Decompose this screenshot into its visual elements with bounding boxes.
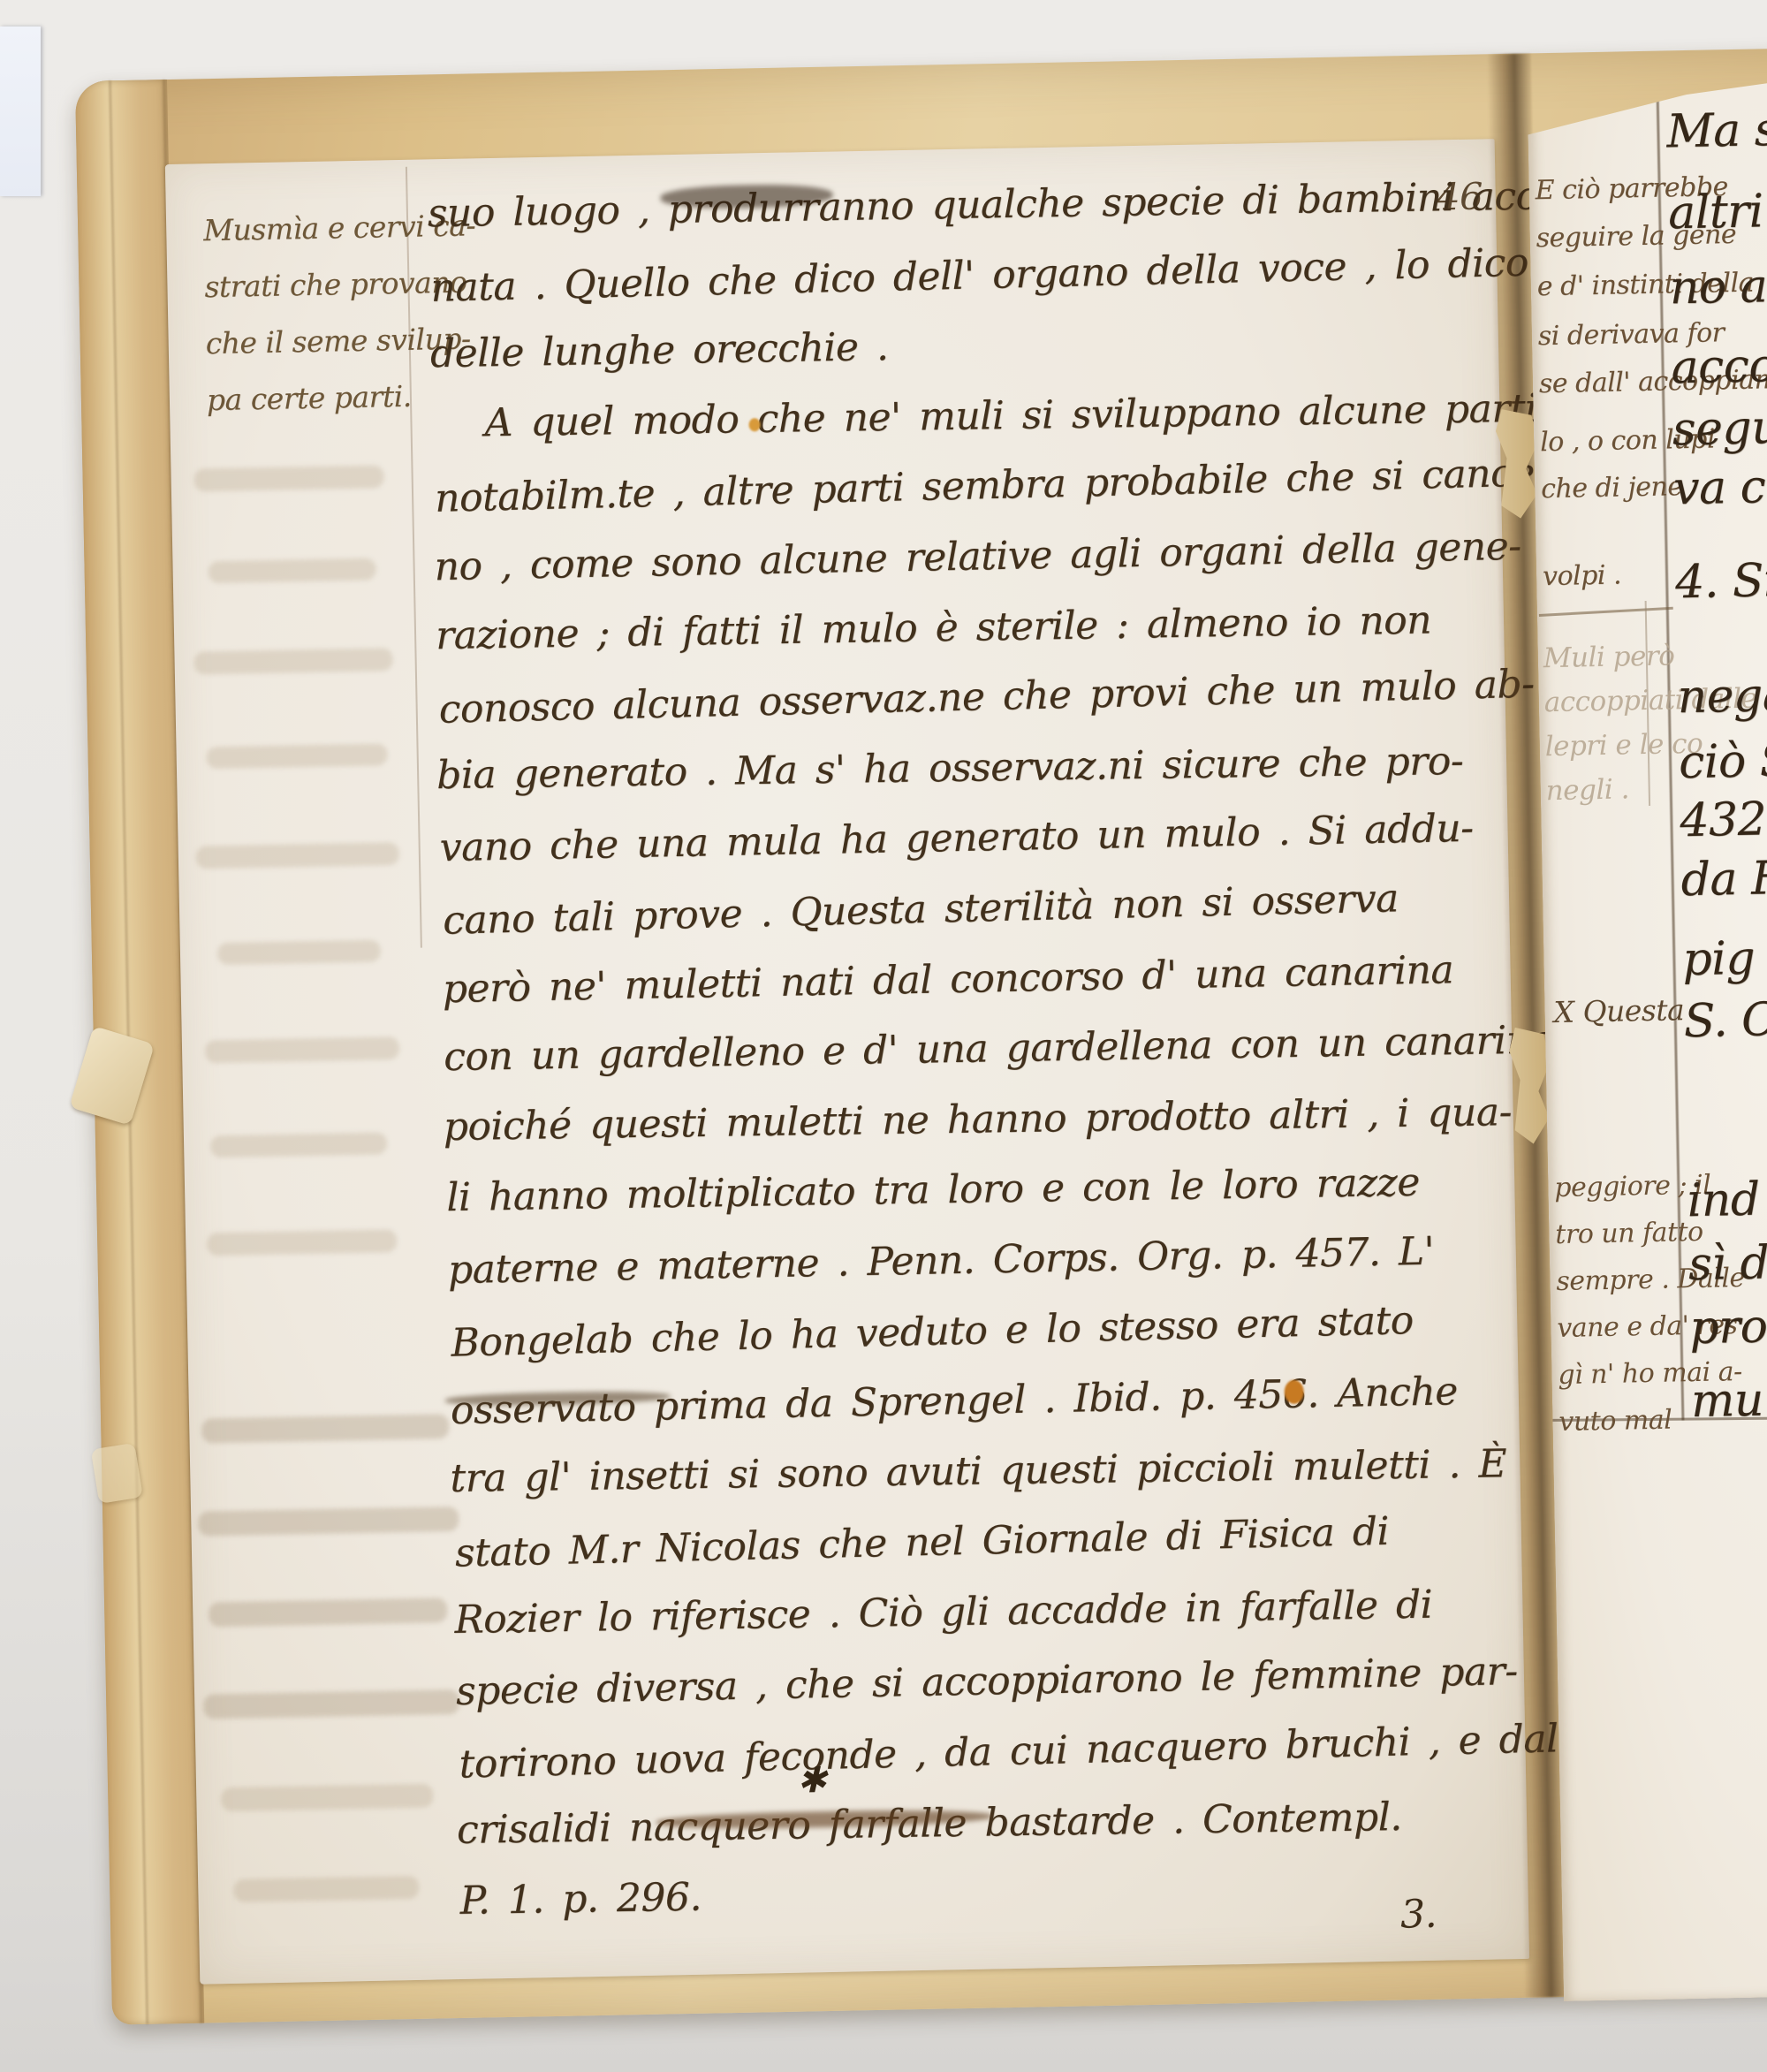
- pencil-note: Muli peròaccoppiati dallelepri e le cone…: [1543, 634, 1661, 813]
- text-fragment: no all: [1669, 260, 1767, 315]
- margin-note-line: vuto mal: [1558, 1396, 1685, 1446]
- margin-note-line: che di jene: [1541, 471, 1683, 505]
- pencil-note-line: accoppiati dalle: [1543, 679, 1659, 725]
- right-margin-notes: E ciò parrebbeseguire la genee d' instin…: [1533, 69, 1658, 72]
- insertion-mark: ✱: [797, 1760, 827, 1802]
- text-line: P. 1. p. 296.: [459, 1849, 1516, 1936]
- margin-note-line: tro un fatto: [1555, 1209, 1681, 1258]
- text-fragment: ciò S: [1679, 734, 1767, 789]
- text-fragment: pig: [1682, 932, 1756, 987]
- margin-note-line: vane e da' res: [1557, 1302, 1683, 1352]
- margin-note-line: sempre . Dalle: [1556, 1256, 1682, 1305]
- margin-note: Musmìa e cervi ca-strati che provanoche …: [203, 199, 416, 429]
- pencil-note-line: negli .: [1545, 767, 1661, 813]
- text-fragment: accopp: [1671, 338, 1767, 395]
- pencil-note-line: lepri e le co: [1544, 723, 1660, 769]
- photo-of-manuscript: Musmìa e cervi ca-strati che provanoche …: [0, 0, 1767, 2072]
- margin-note-x: X Questa: [1553, 992, 1684, 1029]
- ink-bleedthrough: [165, 139, 1495, 164]
- text-fragment: ind: [1687, 1173, 1760, 1228]
- right-margin-note-bottom: peggiore ; iltro un fattosempre . Dallev…: [1554, 1162, 1685, 1446]
- margin-note-line: che il seme svilup-: [205, 312, 414, 373]
- margin-note-line: gì n' ho mai a-: [1558, 1349, 1684, 1399]
- text-line: bia generato . Ma s' ha osservaz.ni sicu…: [436, 725, 1493, 810]
- right-body-fragments: Ma soraltri dno allaccoppseguìva ch4. Si…: [1665, 64, 1767, 68]
- margin-note-line: strati che provano: [204, 255, 413, 316]
- text-fragment: negan: [1677, 668, 1767, 724]
- text-fragment: va ch: [1673, 460, 1767, 516]
- body-text: suo luogo , produrranno qualche specie d…: [427, 160, 1516, 1938]
- reference-tab: [0, 27, 41, 196]
- text-fragment: S. Co: [1683, 993, 1767, 1049]
- left-page: Musmìa e cervi ca-strati che provanoche …: [165, 139, 1529, 1985]
- margin-note-line: Musmìa e cervi ca-: [203, 199, 413, 260]
- text-fragment: seguì: [1672, 401, 1767, 457]
- text-fragment: Ma sor: [1666, 102, 1767, 158]
- margin-note-line: volpi .: [1543, 560, 1622, 593]
- text-fragment: mu: [1690, 1374, 1763, 1429]
- margin-note-line: peggiore ; il: [1554, 1162, 1680, 1211]
- margin-underline: [1539, 607, 1673, 617]
- right-page: E ciò parrebbeseguire la genee d' instin…: [1527, 64, 1767, 2001]
- catchword: 3.: [1400, 1892, 1437, 1938]
- text-fragment: 4. Si: [1675, 554, 1767, 609]
- text-fragment: prop: [1689, 1300, 1767, 1355]
- pencil-note-line: Muli però: [1543, 634, 1658, 680]
- margin-note-line: pa certe parti.: [206, 368, 415, 429]
- text-fragment: sì d: [1687, 1236, 1767, 1291]
- text-fragment: da F: [1680, 852, 1767, 907]
- text-fragment: 432: [1680, 793, 1767, 847]
- text-fragment: altri d: [1668, 184, 1767, 239]
- binding-tie-lower: [91, 1443, 143, 1504]
- vellum-bound-book: Musmìa e cervi ca-strati che provanoche …: [75, 46, 1767, 2024]
